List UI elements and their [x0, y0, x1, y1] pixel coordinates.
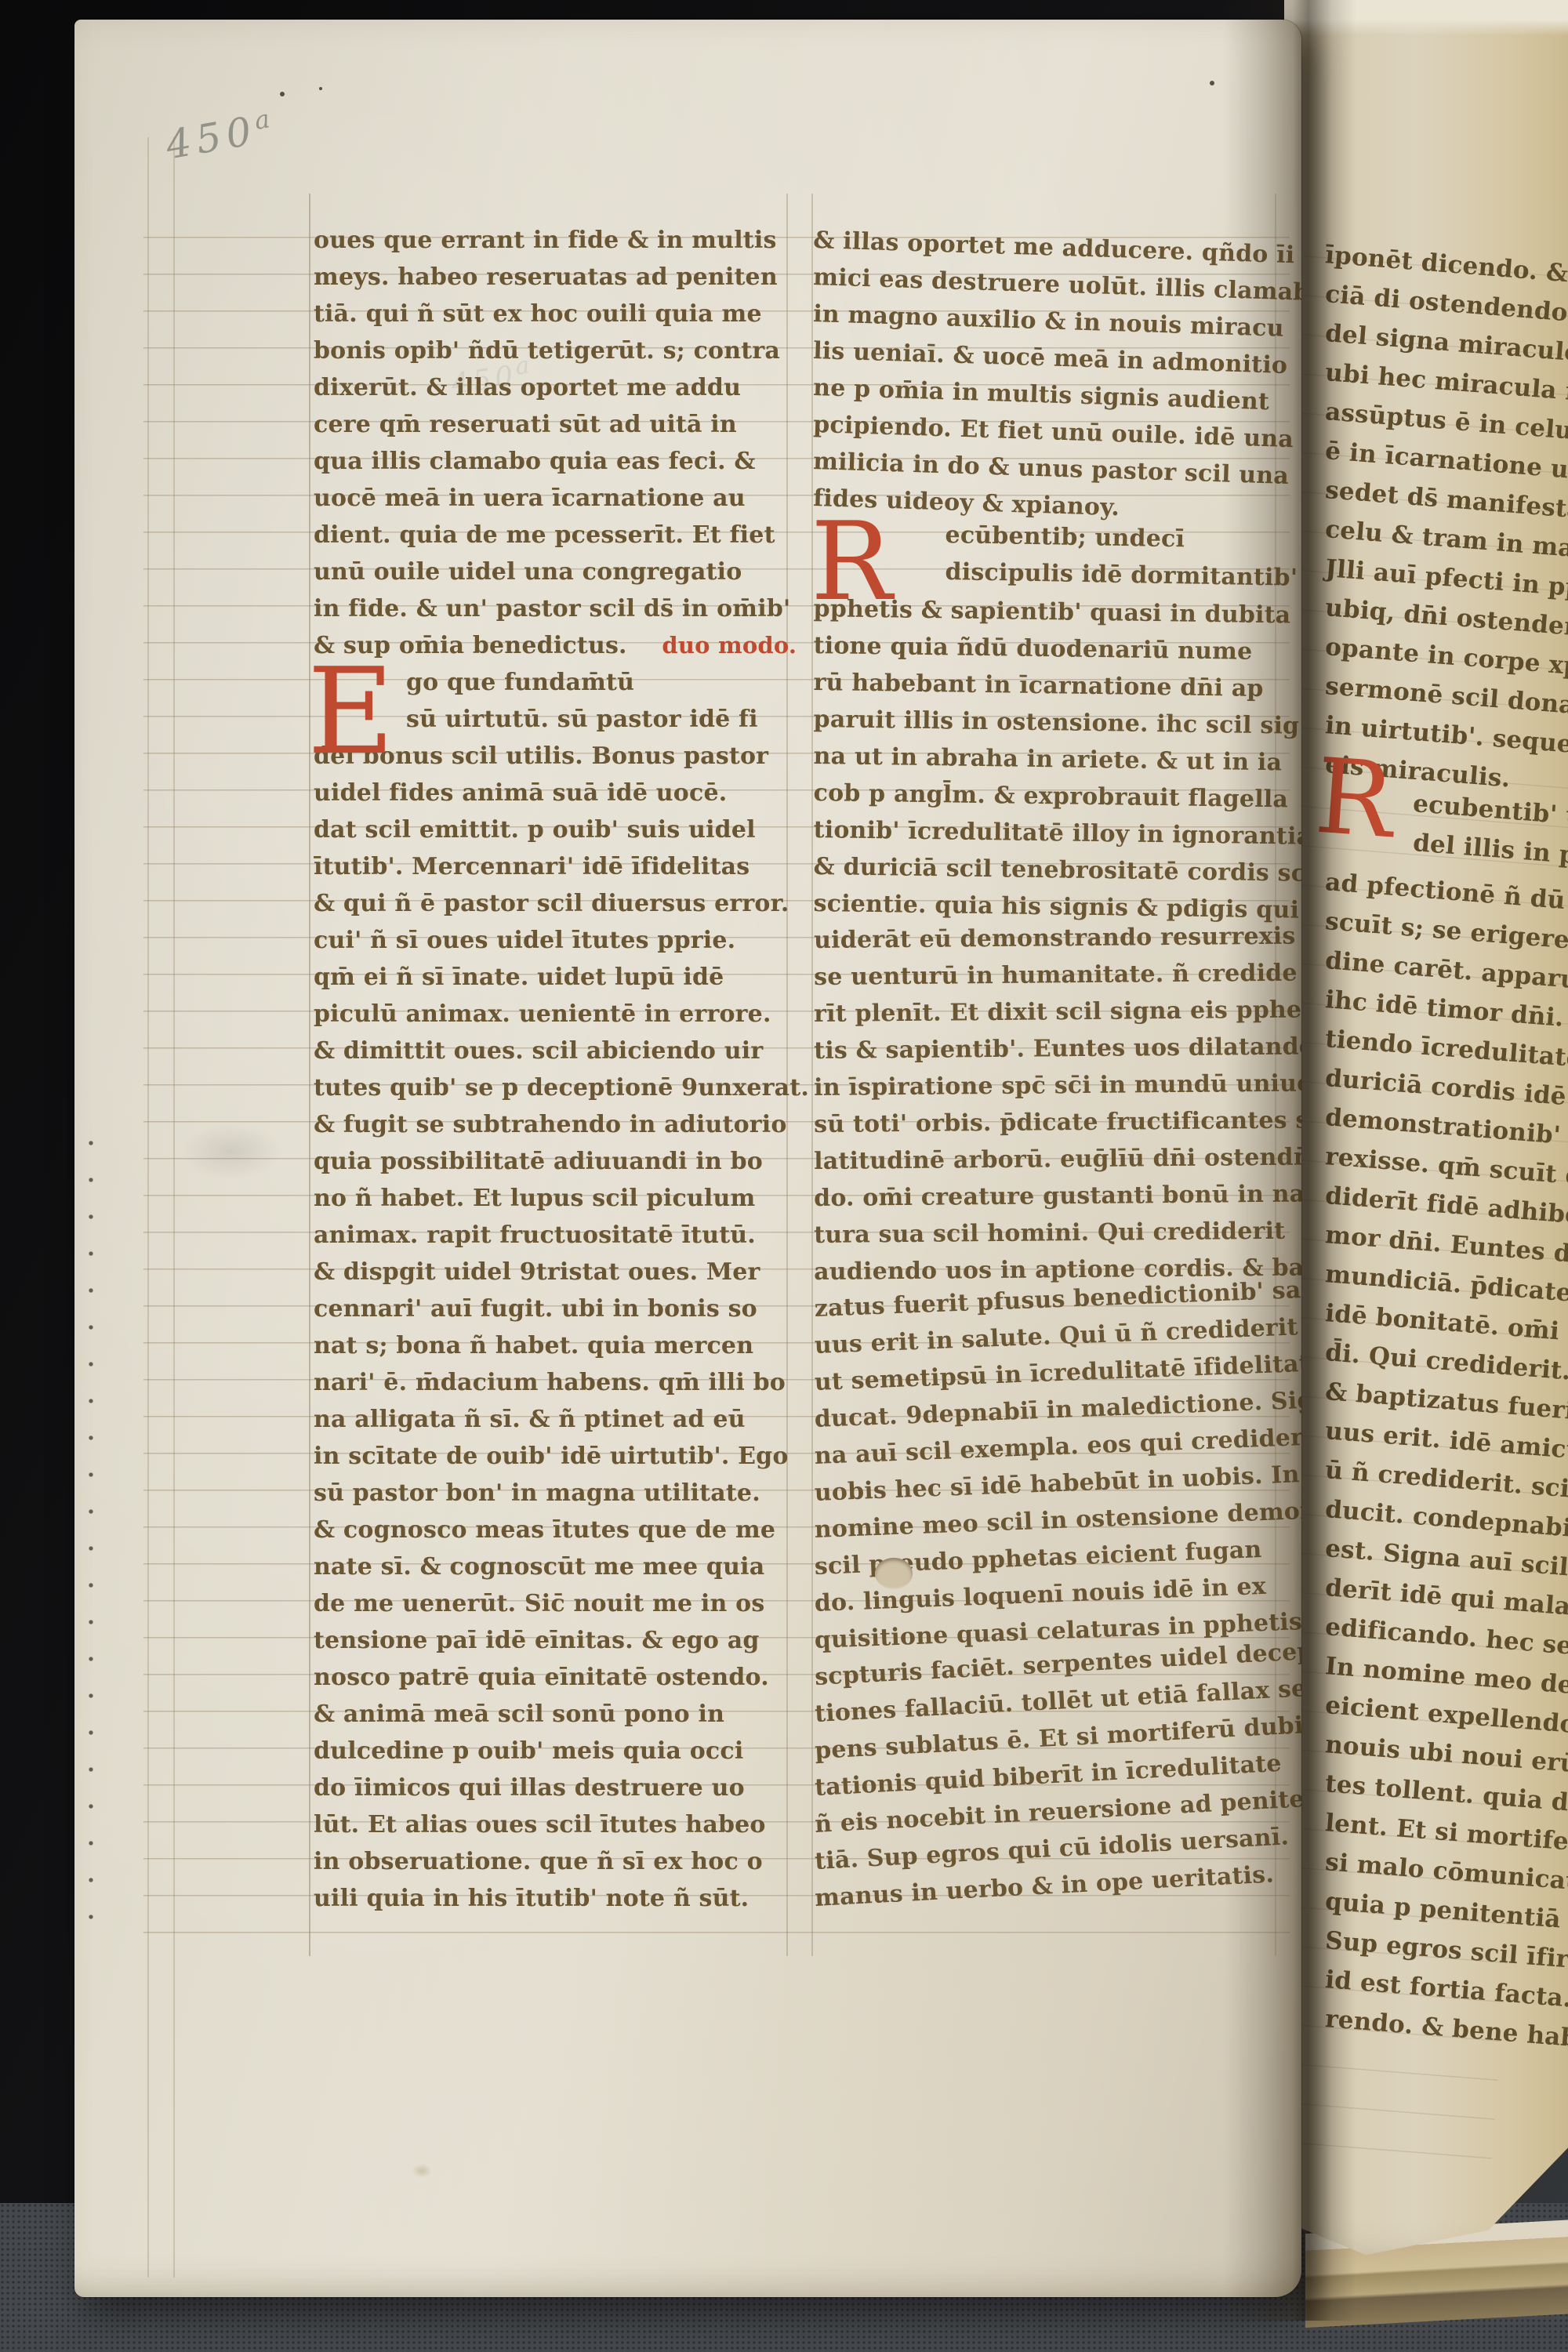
manuscript-line: se uenturū in humanitate. ñ credide: [814, 955, 1301, 996]
manuscript-page-left: 450a 450a oues que errant in fide & in m…: [74, 20, 1301, 2297]
manuscript-line: sū pastor bon' in magna utilitate.: [314, 1475, 798, 1512]
manuscript-line: & qui ñ ē pastor scil diuersus error.: [314, 885, 798, 922]
folio-suffix: a: [252, 103, 278, 136]
initial-block: R ecūbentib; undecīdiscipulis idē dormit…: [814, 517, 1301, 590]
manuscript-line: sū uirtutū. sū pastor idē fi: [406, 701, 798, 738]
manuscript-line: & dispgit uidel 9tristat oues. Mer: [314, 1254, 798, 1290]
parchment-speck: [280, 92, 285, 96]
manuscript-line: de me uenerūt. Sic̄ nouit me in os: [314, 1585, 798, 1622]
manuscript-line: in fide. & un' pastor scil ds̄ in om̄ib': [314, 590, 798, 627]
manuscript-line: & cognosco meas ītutes que de me: [314, 1512, 798, 1548]
column-lines: oues que errant in fide & in multismeys.…: [314, 222, 798, 627]
text-column-2: & illas oportet me adducere. qñdo īimici…: [814, 222, 1301, 1917]
manuscript-line: tensione paī idē eīnitas. & ego ag: [314, 1622, 798, 1659]
manuscript-line: quia possibilitatē adiuuandi in bo: [314, 1143, 798, 1180]
manuscript-line: & animā meā scil sonū pono in: [314, 1696, 798, 1733]
manuscript-line: discipulis idē dormitantib': [945, 554, 1301, 597]
ruling-line-vertical: [147, 137, 149, 2278]
manuscript-line: na alligata ñ sī. & ñ ptinet ad eū: [314, 1401, 798, 1438]
manuscript-line: qm̄ ei ñ sī īnate. uidet lupū idē: [314, 959, 798, 996]
initial-block: E go que fundam̄tūsū uirtutū. sū pastor …: [314, 664, 798, 738]
column-lines: del bonus scil utilis. Bonus pastoruidel…: [314, 738, 798, 1917]
manuscript-photo: īponēt dicendo. & bciā di ostendendo. Et…: [0, 0, 1568, 2352]
manuscript-line: ecūbentib; undecī: [945, 517, 1301, 560]
manuscript-line: dient. quia de me pcesserīt. Et fiet: [314, 517, 798, 554]
illuminated-initial-e: E: [307, 653, 394, 771]
manuscript-line: oues que errant in fide & in multis: [314, 222, 798, 259]
column-lines: pphetis & sapientib' quasi in dubitation…: [814, 590, 1301, 1917]
manuscript-line: qua illis clamabo quia eas feci. &: [314, 443, 798, 480]
manuscript-line: go que fundam̄tū: [406, 664, 798, 701]
parchment-speck: [319, 87, 322, 90]
text-column-1: oues que errant in fide & in multismeys.…: [314, 222, 798, 1917]
ruling-line-vertical: [173, 137, 175, 2278]
manuscript-line: tiā. qui ñ sūt ex hoc ouili quia me: [314, 296, 798, 332]
manuscript-line: nosco patrē quia eīnitatē ostendo.: [314, 1659, 798, 1696]
parchment-stain: [180, 1123, 282, 1180]
manuscript-line: bonis opib' ñdū tetigerūt. s; contra: [314, 332, 798, 369]
manuscript-line: tutes quib' se p deceptionē 9unxerat.: [314, 1069, 798, 1106]
right-text-column: īponēt dicendo. & bciā di ostendendo. Et…: [1325, 235, 1568, 2038]
rubric-duo-modo: duo modo.: [662, 632, 797, 659]
manuscript-line: meys. habeo reseruatas ad peniten: [314, 259, 798, 296]
manuscript-line: nari' ē. m̄dacium habens. qm̄ illi bo: [314, 1364, 798, 1401]
manuscript-line: do. om̄i creature gustanti bonū in na: [814, 1176, 1301, 1217]
ruling-line-vertical: [309, 194, 310, 1956]
initial-block: R ecubentib' undedel illis in pig: [1325, 784, 1568, 862]
manuscript-line: rīt plenīt. Et dixit scil signa eis pphe: [814, 992, 1301, 1033]
manuscript-line: dixerūt. & illas oportet me addu: [314, 369, 798, 406]
manuscript-line: dulcedine p ouib' meis quia occi: [314, 1733, 798, 1769]
manuscript-line: lūt. Et alias oues scil ītutes habeo: [314, 1806, 798, 1843]
column-lines: īponēt dicendo. & bciā di ostendendo. Et…: [1325, 235, 1568, 784]
manuscript-line: animax. rapit fructuositatē ītutū.: [314, 1217, 798, 1254]
pencil-folio-number: 450a: [162, 103, 281, 168]
manuscript-line: uocē meā in uera īcarnatione au: [314, 480, 798, 517]
manuscript-line: tura sua scil homini. Qui crediderit: [814, 1213, 1301, 1254]
folio-number: 450: [162, 107, 260, 168]
manuscript-line: dat scil emittit. p ouib' suis uidel: [314, 811, 798, 848]
page-top-edge: [1284, 0, 1568, 36]
manuscript-line: tis & sapientib'. Euntes uos dilatando: [814, 1029, 1301, 1069]
manuscript-line: cere qm̄ reseruati sūt ad uitā in: [314, 406, 798, 443]
column-lines: ad pfectionē ñ dū suscuīt s; se erigere …: [1325, 862, 1568, 2038]
manuscript-line: cennari' auī fugit. ubi in bonis so: [314, 1290, 798, 1327]
manuscript-line: unū ouile uidel una congregatio: [314, 554, 798, 590]
pricking-holes: [87, 1139, 95, 1931]
manuscript-line: in obseruatione. que ñ sī ex hoc o: [314, 1843, 798, 1880]
manuscript-line: & dimittit oues. scil abiciendo uir: [314, 1033, 798, 1069]
manuscript-line: nate sī. & cognoscūt me mee quia: [314, 1548, 798, 1585]
manuscript-page-right: īponēt dicendo. & bciā di ostendendo. Et…: [1284, 0, 1568, 2262]
parchment-hole: [875, 1558, 913, 1589]
manuscript-line: cui' ñ sī oues uidel ītutes pprie.: [314, 922, 798, 959]
manuscript-line: sū toti' orbis. p̄dicate fructificantes …: [814, 1102, 1301, 1143]
column-lines: & illas oportet me adducere. qñdo īimici…: [814, 222, 1301, 517]
parchment-speck: [1210, 81, 1214, 85]
manuscript-line: uiderāt eū demonstrando resurrexis: [814, 918, 1301, 959]
illuminated-initial-r: R: [1312, 746, 1397, 853]
manuscript-line: in īspiratione spc̄ sc̄i in mundū uniuer: [814, 1065, 1301, 1106]
manuscript-line: & fugit se subtrahendo in adiutorio: [314, 1106, 798, 1143]
parchment-stain: [412, 2164, 432, 2178]
manuscript-line: uili quia in his ītutib' note ñ sūt.: [314, 1880, 798, 1917]
manuscript-line: ītutib'. Mercennari' idē īfidelitas: [314, 848, 798, 885]
manuscript-line: do īimicos qui illas destruere uo: [314, 1769, 798, 1806]
manuscript-line: in scītate de ouib' idē uirtutib'. Ego: [314, 1438, 798, 1475]
manuscript-line: nat s; bona ñ habet. quia mercen: [314, 1327, 798, 1364]
manuscript-line: latitudinē arborū. euḡlīū dn̄i ostendn̄: [814, 1139, 1301, 1180]
manuscript-line: piculū animax. uenientē in errore.: [314, 996, 798, 1033]
manuscript-line: no ñ habet. Et lupus scil piculum: [314, 1180, 798, 1217]
